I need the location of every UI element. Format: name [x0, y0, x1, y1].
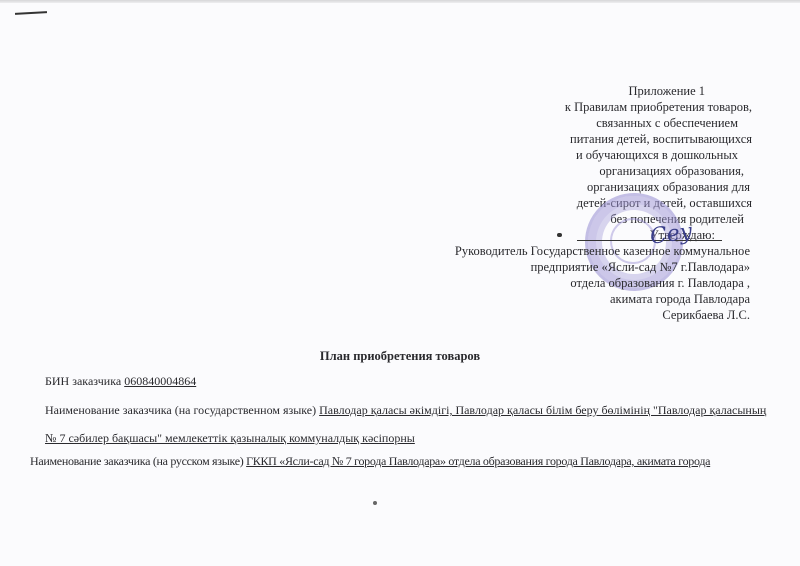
bin-value: 060840004864 [124, 374, 196, 388]
customer-name-ru-value: ГККП «Ясли-сад № 7 города Павлодара» отд… [246, 454, 710, 468]
approval-line: связанных с обеспечением [512, 115, 752, 131]
customer-name-kz-value: Павлодар қаласы әкімдігі, Павлодар қалас… [319, 403, 766, 417]
customer-name-kz-value-cont: № 7 сәбилер бақшасы" мемлекеттік қазынал… [45, 431, 415, 445]
scanned-page: Приложение 1 к Правилам приобретения тов… [0, 0, 800, 566]
manager-block: Руководитель Государственное казенное ко… [410, 243, 750, 323]
scan-edge [0, 0, 800, 3]
bullet-mark [557, 233, 562, 237]
signature-line [577, 240, 722, 241]
approval-line: и обучающихся в дошкольных [512, 147, 752, 163]
corner-pen-mark [15, 11, 47, 15]
manager-line: отдела образования г. Павлодара , [410, 275, 750, 291]
approval-line: к Правилам приобретения товаров, [512, 99, 752, 115]
approval-line: питания детей, воспитывающихся [512, 131, 752, 147]
customer-name-kz-label: Наименование заказчика (на государственн… [45, 403, 316, 417]
manager-name: Серикбаева Л.С. [410, 307, 750, 323]
customer-name-ru-label: Наименование заказчика (на русском языке… [30, 454, 243, 468]
customer-name-ru-field: Наименование заказчика (на русском языке… [30, 454, 710, 469]
document-title: План приобретения товаров [0, 349, 800, 364]
scan-speck [373, 501, 377, 505]
manager-line: Руководитель Государственное казенное ко… [410, 243, 750, 259]
customer-name-kz-continuation: № 7 сәбилер бақшасы" мемлекеттік қазынал… [45, 431, 415, 446]
approval-line: организациях образования, [512, 163, 752, 179]
bin-field: БИН заказчика 060840004864 [45, 374, 196, 389]
appendix-heading: Приложение 1 [512, 83, 752, 99]
manager-line: предприятие «Ясли-сад №7 г.Павлодара» [410, 259, 750, 275]
manager-line: акимата города Павлодара [410, 291, 750, 307]
customer-name-kz-field: Наименование заказчика (на государственн… [45, 403, 766, 418]
bin-label: БИН заказчика [45, 374, 121, 388]
